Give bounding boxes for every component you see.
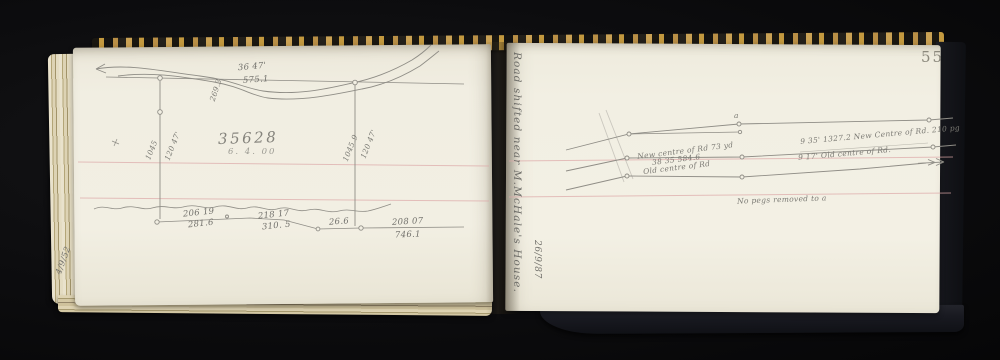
top-distance-label: 575.1 — [243, 75, 269, 87]
point-a-label: a — [734, 112, 739, 121]
spine-note-date: 26/9/87 — [532, 240, 541, 279]
page-number: 55 — [921, 50, 944, 65]
reference-number: 35628 — [218, 130, 279, 147]
bottom-measure-3: 26.6 — [329, 217, 350, 228]
bottom-measure-4-angle: 208 07 — [392, 217, 424, 228]
photo-of-open-field-notebook: 55 36 47' 575.1 269.3 120 47' 1045 120 4… — [0, 0, 1000, 360]
right-page — [505, 43, 940, 313]
reference-date: 6. 4. 00 — [228, 148, 276, 158]
spine-note-text: Road shifted near M.McHale's House. — [512, 52, 523, 302]
bottom-measure-4-distance: 746.1 — [395, 231, 421, 242]
left-page — [73, 44, 493, 306]
